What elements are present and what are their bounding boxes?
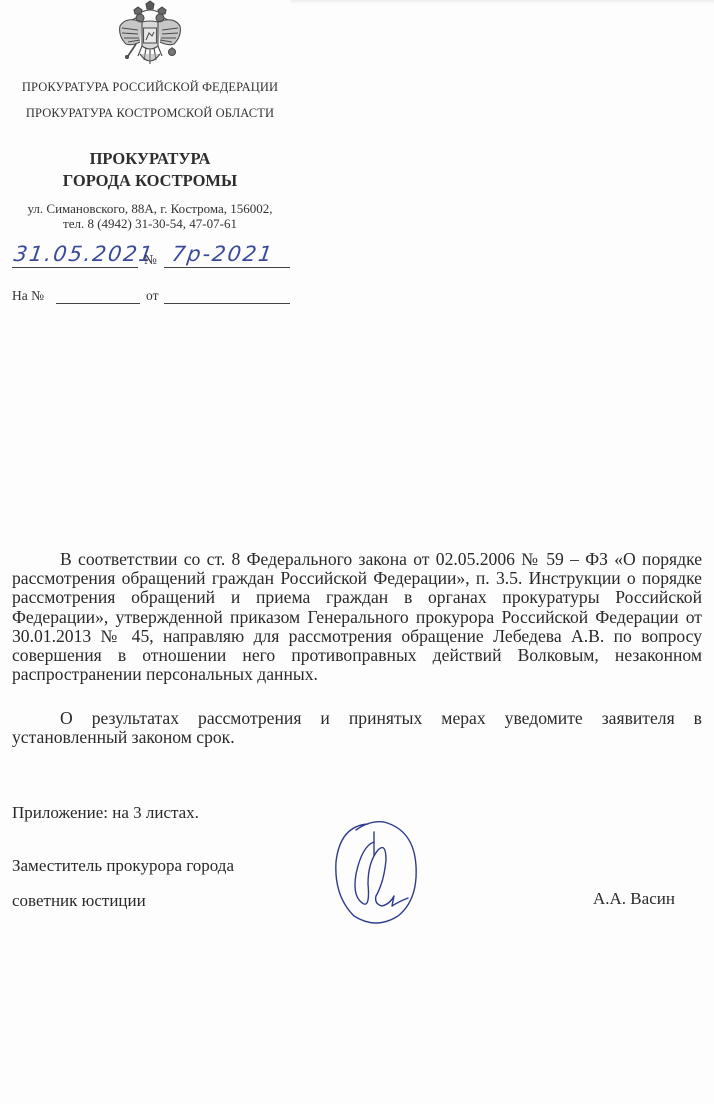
reply-reference-row: На № от (12, 284, 302, 306)
signatory-name: А.А. Васин (593, 889, 675, 909)
coat-of-arms-icon (112, 0, 188, 72)
reply-to-label: На № (12, 288, 44, 304)
handwritten-date: 31.05.2021 (12, 242, 156, 266)
number-label: № (144, 252, 157, 268)
signatory-rank: советник юстиции (12, 891, 146, 911)
signatory-position: Заместитель прокурора города (12, 856, 234, 876)
reply-to-number-field (56, 284, 140, 304)
body-paragraph-1: В соответствии со ст. 8 Федерального зак… (12, 550, 702, 684)
body-paragraph-2-text: О результатах рассмотрения и принятых ме… (12, 709, 702, 747)
address-line: ул. Симановского, 88А, г. Кострома, 1560… (0, 201, 300, 217)
body-paragraph-1-text: В соответствии со ст. 8 Федерального зак… (12, 550, 702, 684)
handwritten-signature-icon (328, 812, 428, 928)
outgoing-registration-row: 31.05.2021 № 7р-2021 (12, 248, 302, 270)
phone-line: тел. 8 (4942) 31-30-54, 47-07-61 (0, 216, 300, 232)
date-field: 31.05.2021 (12, 248, 138, 268)
org-line-federal: ПРОКУРАТУРА РОССИЙСКОЙ ФЕДЕРАЦИИ (0, 80, 300, 95)
body-paragraph-2: О результатах рассмотрения и принятых ме… (12, 709, 702, 747)
number-field: 7р-2021 (164, 248, 290, 268)
appendix-note: Приложение: на 3 листах. (12, 803, 199, 823)
office-title-line-2: ГОРОДА КОСТРОМЫ (0, 170, 300, 192)
org-line-regional: ПРОКУРАТУРА КОСТРОМСКОЙ ОБЛАСТИ (0, 106, 300, 121)
handwritten-number: 7р-2021 (170, 242, 275, 266)
scan-artifact (290, 0, 714, 4)
office-title-line-1: ПРОКУРАТУРА (0, 148, 300, 170)
reply-from-label: от (146, 288, 158, 304)
reply-from-date-field (164, 284, 290, 304)
document-page: ПРОКУРАТУРА РОССИЙСКОЙ ФЕДЕРАЦИИ ПРОКУРА… (0, 0, 714, 1104)
